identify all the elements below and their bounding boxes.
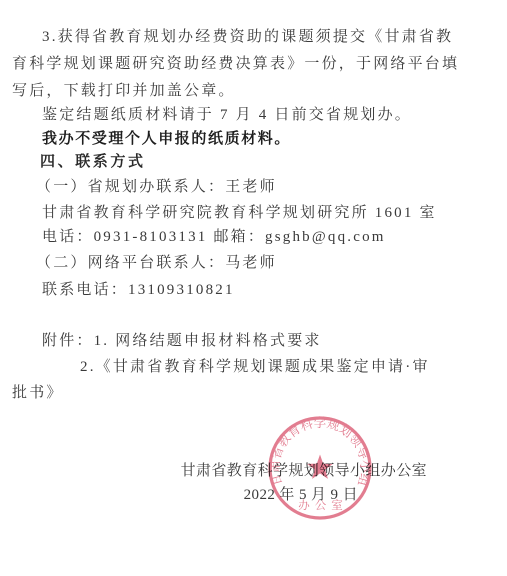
deadline-line: 鉴定结题纸质材料请于 7 月 4 日前交省规划办。 (42, 105, 412, 125)
official-seal: 甘肃省教育科学规划领导小组 办公室 (262, 410, 382, 530)
document-page: 3.获得省教育规划办经费资助的课题须提交《甘肃省教 育科学规划课题研究资助经费决… (0, 0, 507, 576)
star-icon (307, 455, 333, 479)
seal-bottom-text: 办公室 (298, 498, 348, 512)
contact2-phone: 联系电话：13109310821 (42, 280, 235, 300)
seal-ring-text: 甘肃省教育科学规划领导小组 (267, 415, 372, 488)
attachment-line2: 2.《甘肃省教育科学规划课题成果鉴定申请·审 (80, 357, 430, 377)
para3-line3: 写后，下载打印并加盖公章。 (12, 81, 236, 101)
contact2-title: （二）网络平台联系人：马老师 (36, 253, 277, 273)
para3-line1: 3.获得省教育规划办经费资助的课题须提交《甘肃省教 (42, 27, 453, 47)
contact1-phone-email: 电话：0931-8103131 邮箱：gsghb@qq.com (42, 227, 386, 247)
para3-line2: 育科学规划课题研究资助经费决算表》一份，于网络平台填 (12, 54, 459, 74)
attachment-line1: 附件：1. 网络结题申报材料格式要求 (42, 331, 322, 351)
contact1-title: （一）省规划办联系人：王老师 (36, 177, 277, 197)
attachment-line3: 批书》 (12, 383, 64, 403)
section-4-heading: 四、联系方式 (40, 152, 146, 172)
notice-bold-line: 我办不受理个人申报的纸质材料。 (42, 129, 291, 149)
contact1-address: 甘肃省教育科学研究院教育科学规划研究所 1601 室 (42, 203, 437, 223)
